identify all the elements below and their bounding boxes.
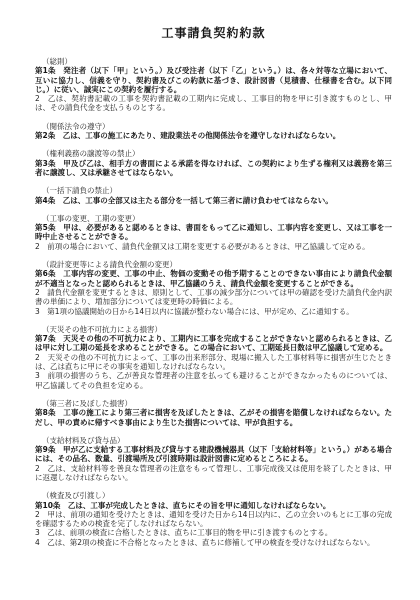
article-lead-paragraph: 第7条 天災その他の不可抗力により、工期内に工事を完成することができないと認めら… [35,334,392,353]
article-sub-paragraph: 3 前項の損害のうち、乙が善良な管理者の注意を払っても避けることができなかったも… [35,371,392,390]
article-lead-paragraph: 第10条 乙は、工事が完成したときは、直ちにその旨を甲に通知しなければならない。 [35,501,392,510]
article-sub-paragraph: 3 乙は、前項の検査に合格したときは、直ちに工事目的物を甲に引き渡すものとする。 [35,528,392,537]
section-heading: （検査及び引渡し） [35,491,392,500]
section-supplied-materials-and-loaned-items: （支給材料及び貸与品） 第9条 甲が乙に支給する工事材料及び貸与する建設機械器具… [35,427,392,482]
section-heading: （支給材料及び貸与品） [35,436,392,445]
section-contract-price-change-by-design-change: （設計変更等による請負代金額の変更） 第6条 工事内容の変更、工事の中止、物価の… [35,251,392,316]
article-sub-paragraph: 4 乙は、第2項の検査に不合格となったときは、直ちに修補して甲の検査を受けなけれ… [35,538,392,547]
article-sub-paragraph: 2 前項の場合において、請負代金額又は工期を変更する必要があるときは、甲乙協議し… [35,242,392,251]
article-lead-paragraph: 第9条 甲が乙に支給する工事材料及び貸与する建設機械器具（以下「支給材料等」とい… [35,445,392,464]
section-prohibition-of-blanket-subcontracting: （一括下請負の禁止） 第4条 乙は、工事の全部又は主たる部分を一括して第三者に請… [35,177,392,205]
contract-document-page: 工事請負契約約款 （総則） 第1条 発注者（以下「甲」という。）及び受注者（以下… [0,0,420,600]
section-heading: （設計変更等による請負代金額の変更） [35,260,392,269]
section-prohibition-of-transfer-of-rights: （権利義務の譲渡等の禁止） 第3条 甲及び乙は、相手方の書面による承諾を得なけれ… [35,140,392,177]
article-sub-paragraph: 2 乙は、支給材料等を善良な管理者の注意をもって管理し、工事完成後又は使用を終了… [35,464,392,483]
article-lead-paragraph: 第8条 工事の施工により第三者に損害を及ぼしたときは、乙がその損害を賠償しなけれ… [35,408,392,427]
section-damage-to-third-parties: （第三者に及ぼした損害） 第8条 工事の施工により第三者に損害を及ぼしたときは、… [35,390,392,427]
section-heading: （一括下請負の禁止） [35,186,392,195]
section-heading: （関係法令の遵守） [35,122,392,131]
article-lead-paragraph: 第5条 甲は、必要があると認めるときは、書面をもって乙に通知し、工事内容を変更し… [35,223,392,242]
article-sub-paragraph: 2 乙は、契約書記載の工事を契約書記載の工期内に完成し、工事目的物を甲に引き渡す… [35,94,392,113]
section-heading: （第三者に及ぼした損害） [35,399,392,408]
article-lead-paragraph: 第1条 発注者（以下「甲」という。）及び受注者（以下「乙」という。）は、各々対等… [35,66,392,94]
article-sub-paragraph: 2 請負代金額を変更するときは、原則として、工事の減少部分については甲の確認を受… [35,288,392,307]
document-title: 工事請負契約約款 [35,26,392,40]
section-heading: （天災その他不可抗力による損害） [35,325,392,334]
section-heading: （総則） [35,57,392,66]
article-lead-paragraph: 第2条 乙は、工事の施工にあたり、建設業法その他関係法令を遵守しなければならない… [35,131,392,140]
article-sub-paragraph: 2 甲は、前項の通知を受けたときは、通知を受けた日から14日以内に、乙の立会いの… [35,510,392,529]
article-lead-paragraph: 第3条 甲及び乙は、相手方の書面による承諾を得なければ、この契約により生ずる権利… [35,159,392,178]
section-heading: （工事の変更、工期の変更） [35,214,392,223]
article-lead-paragraph: 第4条 乙は、工事の全部又は主たる部分を一括して第三者に請け負わせてはならない。 [35,196,392,205]
article-lead-paragraph: 第6条 工事内容の変更、工事の中止、物価の変動その他予期することのできない事由に… [35,269,392,288]
section-heading: （権利義務の譲渡等の禁止） [35,149,392,158]
article-sub-paragraph: 3 第1項の協議開始の日から14日以内に協議が整わない場合には、甲が定め、乙に通… [35,307,392,316]
section-changes-to-work-and-schedule: （工事の変更、工期の変更） 第5条 甲は、必要があると認めるときは、書面をもって… [35,205,392,251]
section-damage-by-force-majeure: （天災その他不可抗力による損害） 第7条 天災その他の不可抗力により、工期内に工… [35,316,392,390]
article-sub-paragraph: 2 天災その他の不可抗力によって、工事の出来形部分、現場に搬入した工事材料等に損… [35,353,392,372]
section-compliance-with-laws: （関係法令の遵守） 第2条 乙は、工事の施工にあたり、建設業法その他関係法令を遵… [35,113,392,141]
section-inspection-and-delivery: （検査及び引渡し） 第10条 乙は、工事が完成したときは、直ちにその旨を甲に通知… [35,482,392,547]
section-general-provisions: （総則） 第1条 発注者（以下「甲」という。）及び受注者（以下「乙」という。）は… [35,57,392,113]
